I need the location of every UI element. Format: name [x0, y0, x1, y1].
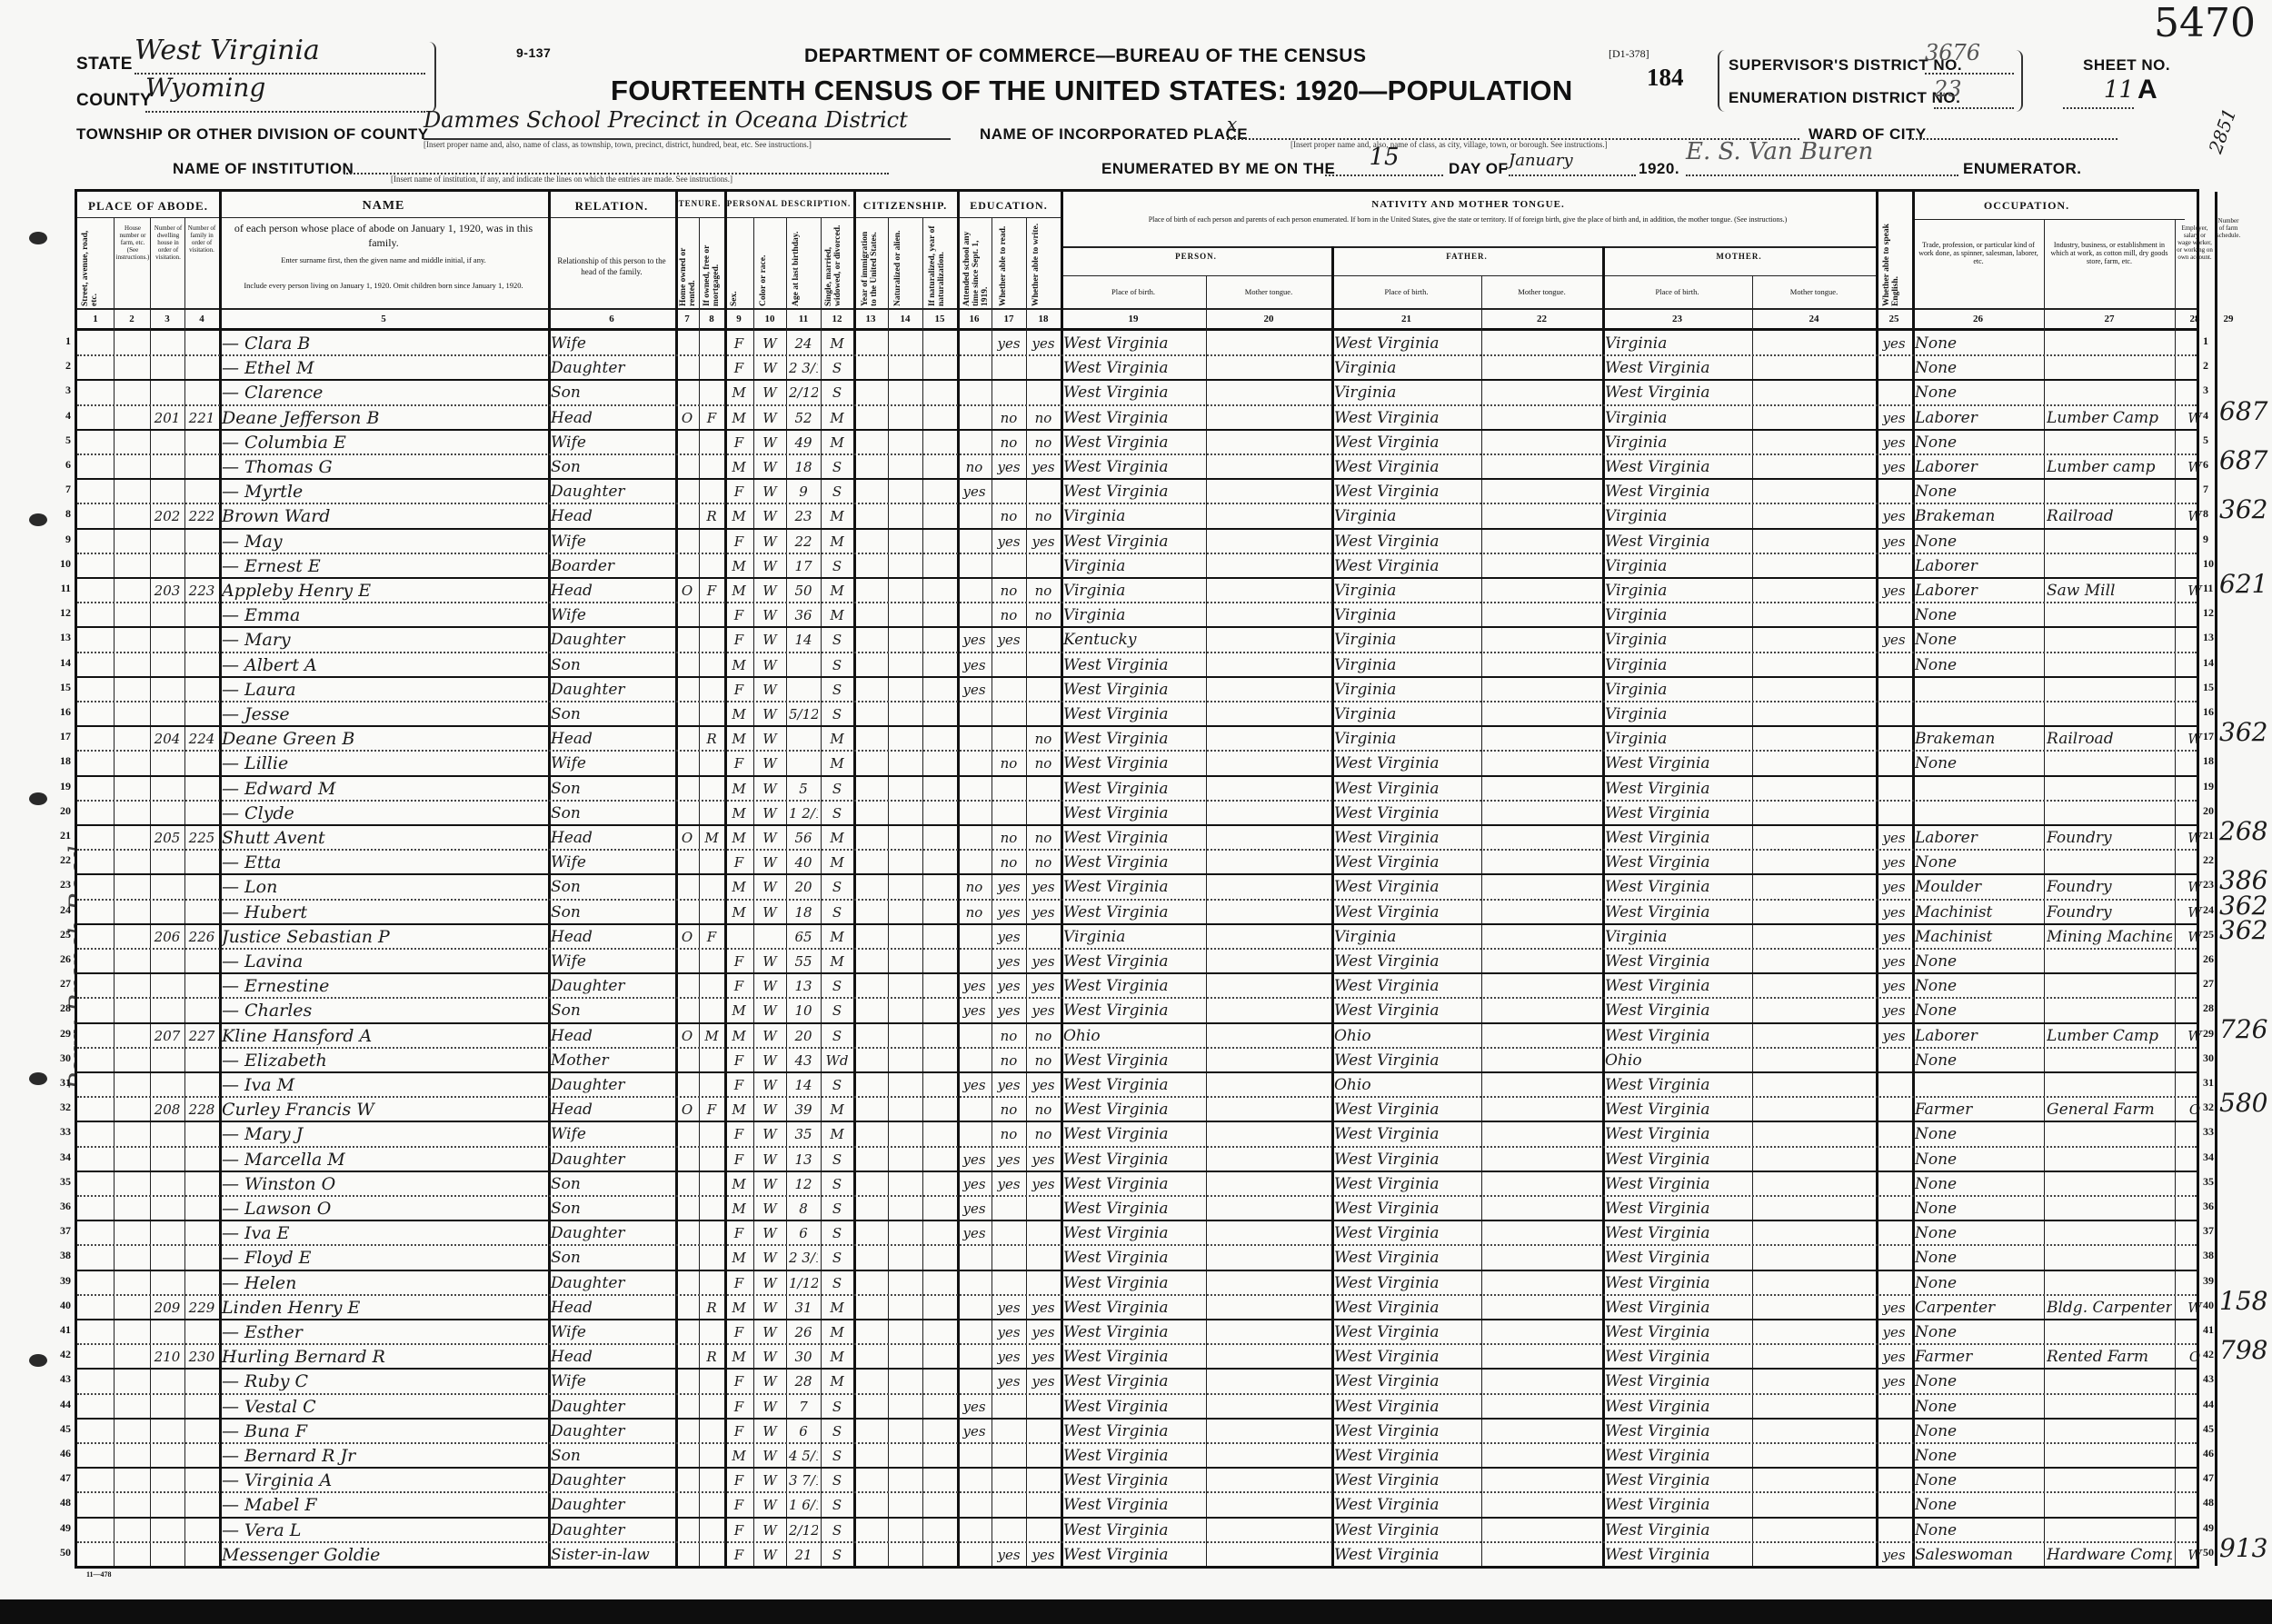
margin-code: 362	[2219, 717, 2267, 747]
cell-school	[960, 1442, 989, 1467]
cell-relation: Daughter	[551, 1491, 673, 1516]
cell-own	[678, 725, 696, 750]
cell-trade: None	[1915, 626, 2041, 651]
column-number: 14	[888, 310, 922, 328]
cell-house	[116, 775, 147, 800]
line-number: 28	[51, 1001, 71, 1015]
cell-sex: M	[727, 379, 751, 404]
cell-name: — Buna F	[222, 1418, 545, 1442]
cell-m-birth: West Virginia	[1605, 1146, 1749, 1171]
cell-birth: West Virginia	[1063, 775, 1203, 800]
cell-m-birth: West Virginia	[1605, 354, 1749, 379]
table-row: — MayWifeFW22MyesyesWest VirginiaWest Vi…	[77, 528, 2197, 554]
cell-house	[116, 1171, 147, 1195]
cell-mort	[702, 1541, 722, 1566]
cell-family	[187, 1418, 216, 1442]
cell-house	[116, 750, 147, 774]
cell-m-birth: West Virginia	[1605, 1491, 1749, 1516]
cell-school	[960, 602, 989, 626]
cell-dwelling: 206	[153, 923, 182, 948]
cell-dwelling	[153, 1195, 182, 1220]
cell-birth: Ohio	[1063, 1022, 1203, 1047]
cell-trade: None	[1915, 1467, 2041, 1491]
cell-write	[1029, 553, 1058, 577]
cell-family	[187, 1442, 216, 1467]
cell-trade: Machinist	[1915, 923, 2041, 948]
cell-m-birth: Virginia	[1605, 330, 1749, 354]
cell-relation: Son	[551, 873, 673, 898]
line-number: 33	[51, 1125, 71, 1139]
cell-relation: Sister-in-law	[551, 1541, 673, 1566]
cell-read: yes	[994, 923, 1023, 948]
margin-code: 158	[2219, 1286, 2267, 1316]
cell-family	[187, 354, 216, 379]
cell-industry	[2047, 1467, 2172, 1491]
cell-race: W	[756, 750, 783, 774]
cell-school: yes	[960, 1220, 989, 1244]
cell-age: 13	[789, 972, 818, 997]
cell-own: O	[678, 1096, 696, 1121]
cell-age: 2/12	[789, 379, 818, 404]
cell-f-birth: West Virginia	[1334, 330, 1479, 354]
section-abode: PLACE OF ABODE.	[77, 199, 219, 214]
line-number-right: 29	[2203, 1027, 2214, 1041]
cell-dwelling: 208	[153, 1096, 182, 1121]
cell-family	[187, 1195, 216, 1220]
cell-birth: West Virginia	[1063, 676, 1203, 701]
cell-trade	[1915, 701, 2041, 725]
line-number: 1	[51, 334, 71, 348]
cell-name: — Winston O	[222, 1171, 545, 1195]
column-number: 21	[1331, 310, 1481, 328]
line-number-right: 14	[2203, 656, 2214, 670]
cell-house	[116, 429, 147, 453]
cell-dwelling	[153, 1220, 182, 1244]
cell-trade: None	[1915, 1220, 2041, 1244]
cell-birth: West Virginia	[1063, 404, 1203, 429]
cell-marital: M	[823, 602, 851, 626]
cell-school: yes	[960, 676, 989, 701]
cell-read: yes	[994, 1171, 1023, 1195]
cell-trade: Machinist	[1915, 899, 2041, 923]
line-number: 15	[51, 681, 71, 694]
line-number-right: 9	[2203, 533, 2208, 546]
cell-industry: Foundry	[2047, 899, 2172, 923]
cell-trade: None	[1915, 354, 2041, 379]
cell-marital: S	[823, 997, 851, 1021]
cell-school	[960, 1244, 989, 1269]
line-number: 36	[51, 1200, 71, 1213]
cell-name: Appleby Henry E	[222, 577, 545, 602]
cell-age: 2 3/12	[789, 354, 818, 379]
column-number: 20	[1206, 310, 1331, 328]
column-number: 12	[821, 310, 853, 328]
cell-family	[187, 899, 216, 923]
table-row: — LonSonMW20SnoyesyesWest VirginiaWest V…	[77, 873, 2197, 900]
cell-m-birth: West Virginia	[1605, 478, 1749, 503]
cell-eng	[1878, 1244, 1909, 1269]
cell-family	[187, 1121, 216, 1145]
cell-sex: M	[727, 1244, 751, 1269]
cell-f-birth: West Virginia	[1334, 1171, 1479, 1195]
cell-m-birth: West Virginia	[1605, 849, 1749, 873]
cell-dwelling	[153, 602, 182, 626]
cell-dwelling	[153, 899, 182, 923]
cell-trade: None	[1915, 1442, 2041, 1467]
margin-code: 362	[2219, 494, 2267, 524]
cell-dwelling	[153, 528, 182, 553]
cell-marital: S	[823, 1171, 851, 1195]
cell-birth: West Virginia	[1063, 1491, 1203, 1516]
cell-house	[116, 1517, 147, 1541]
cell-birth: West Virginia	[1063, 1244, 1203, 1269]
section-citizenship: CITIZENSHIP.	[853, 199, 957, 213]
line-number-right: 27	[2203, 977, 2214, 991]
cell-f-birth: West Virginia	[1334, 429, 1479, 453]
cell-write: no	[1029, 1121, 1058, 1145]
table-row: 203223Appleby Henry EHeadOFMW50MnonoVirg…	[77, 577, 2197, 603]
cell-relation: Son	[551, 652, 673, 676]
cell-trade: Laborer	[1915, 404, 2041, 429]
cell-age: 40	[789, 849, 818, 873]
cell-eng	[1878, 1121, 1909, 1145]
cell-relation: Daughter	[551, 1270, 673, 1294]
cell-write: yes	[1029, 1294, 1058, 1319]
cell-write	[1029, 923, 1058, 948]
cell-trade: None	[1915, 1121, 2041, 1145]
cell-eng	[1878, 478, 1909, 503]
cell-sex: F	[727, 1541, 751, 1566]
cell-industry: Rented Farm	[2047, 1343, 2172, 1368]
cell-family	[187, 1220, 216, 1244]
cell-house	[116, 1442, 147, 1467]
line-number: 17	[51, 730, 71, 743]
cell-marital: M	[823, 1343, 851, 1368]
table-row: — LauraDaughterFWSyesWest VirginiaVirgin…	[77, 676, 2197, 702]
line-number-right: 6	[2203, 458, 2208, 472]
cell-name: Hurling Bernard R	[222, 1343, 545, 1368]
cell-sex: F	[727, 1220, 751, 1244]
cell-eng: yes	[1878, 1294, 1909, 1319]
enumerator-label: ENUMERATOR.	[1963, 160, 2082, 178]
cell-industry	[2047, 652, 2172, 676]
cell-house	[116, 725, 147, 750]
cell-trade: None	[1915, 1368, 2041, 1392]
cell-read: yes	[994, 997, 1023, 1021]
cell-family	[187, 873, 216, 898]
cell-age: 21	[789, 1541, 818, 1566]
cell-name: — Lon	[222, 873, 545, 898]
enumerated-label: ENUMERATED BY ME ON THE	[1101, 160, 1335, 178]
line-number-right: 40	[2203, 1299, 2214, 1312]
cell-sex: F	[727, 948, 751, 972]
cell-name: — Etta	[222, 849, 545, 873]
cell-own	[678, 1343, 696, 1368]
cell-birth: West Virginia	[1063, 1121, 1203, 1145]
line-number-right: 46	[2203, 1447, 2214, 1460]
cell-school	[960, 429, 989, 453]
cell-eng: yes	[1878, 404, 1909, 429]
table-row: — Marcella MDaughterFW13SyesyesyesWest V…	[77, 1146, 2197, 1172]
table-row: — Edward MSonMW5SWest VirginiaWest Virgi…	[77, 775, 2197, 802]
cell-industry: Lumber Camp	[2047, 1022, 2172, 1047]
cell-trade: None	[1915, 602, 2041, 626]
cell-f-birth: West Virginia	[1334, 1195, 1479, 1220]
cell-write: yes	[1029, 899, 1058, 923]
cell-birth: West Virginia	[1063, 1467, 1203, 1491]
cell-eng	[1878, 676, 1909, 701]
cell-race: W	[756, 1467, 783, 1491]
table-row: 201221Deane Jefferson BHeadOFMW52MnonoWe…	[77, 404, 2197, 431]
line-number: 40	[51, 1299, 71, 1312]
cell-read	[994, 1393, 1023, 1418]
cell-own	[678, 1393, 696, 1418]
cell-m-birth: Virginia	[1605, 404, 1749, 429]
col18-desc: Whether able to write.	[1031, 223, 1041, 306]
cell-mort	[702, 626, 722, 651]
line-number-right: 24	[2203, 903, 2214, 917]
cell-race: W	[756, 873, 783, 898]
cell-marital: M	[823, 429, 851, 453]
cell-age: 35	[789, 1121, 818, 1145]
column-number: 7	[675, 310, 699, 328]
cell-f-birth: Virginia	[1334, 626, 1479, 651]
cell-sex: M	[727, 652, 751, 676]
cell-f-birth: West Virginia	[1334, 1418, 1479, 1442]
cell-industry	[2047, 379, 2172, 404]
cell-age: 22	[789, 528, 818, 553]
cell-industry	[2047, 1220, 2172, 1244]
line-number: 2	[51, 359, 71, 373]
cell-relation: Head	[551, 1022, 673, 1047]
cell-school	[960, 1270, 989, 1294]
incorporated-value: x	[1227, 113, 1799, 140]
cell-read: no	[994, 577, 1023, 602]
line-number-right: 2	[2203, 359, 2208, 373]
father-tongue-header: Mother tongue.	[1481, 286, 1602, 297]
cell-race: W	[756, 676, 783, 701]
cell-own	[678, 750, 696, 774]
cell-mort	[702, 775, 722, 800]
line-number: 32	[51, 1101, 71, 1114]
cell-school	[960, 948, 989, 972]
cell-read: yes	[994, 528, 1023, 553]
cell-age: 24	[789, 330, 818, 354]
cell-write: no	[1029, 602, 1058, 626]
state-label: STATE	[76, 55, 133, 75]
stamp-number: 184	[1647, 64, 1684, 92]
cell-eng: yes	[1878, 453, 1909, 478]
cell-family	[187, 1491, 216, 1516]
col28-desc: Employer, salary or wage worker, or work…	[2177, 224, 2213, 261]
cell-name: — Emma	[222, 602, 545, 626]
cell-school: yes	[960, 1146, 989, 1171]
cell-eng	[1878, 1096, 1909, 1121]
table-row: — MaryDaughterFW14SyesyesKentuckyVirgini…	[77, 626, 2197, 653]
cell-age: 20	[789, 873, 818, 898]
line-number: 18	[51, 754, 71, 768]
cell-birth: West Virginia	[1063, 849, 1203, 873]
cell-age: 3 7/12	[789, 1467, 818, 1491]
cell-family: 221	[187, 404, 216, 429]
cell-eng: yes	[1878, 1343, 1909, 1368]
cell-name: — Laura	[222, 676, 545, 701]
cell-dwelling	[153, 1244, 182, 1269]
cell-own	[678, 1195, 696, 1220]
cell-family	[187, 330, 216, 354]
cell-f-birth: Virginia	[1334, 701, 1479, 725]
cell-relation: Mother	[551, 1047, 673, 1071]
cell-sex: M	[727, 1022, 751, 1047]
cell-sex: M	[727, 1442, 751, 1467]
cell-dwelling	[153, 652, 182, 676]
cell-relation: Son	[551, 379, 673, 404]
cell-birth: West Virginia	[1063, 1171, 1203, 1195]
cell-age: 56	[789, 824, 818, 849]
cell-race: W	[756, 626, 783, 651]
col9-desc: Sex.	[730, 223, 739, 306]
cell-trade: None	[1915, 379, 2041, 404]
cell-f-birth: West Virginia	[1334, 1146, 1479, 1171]
cell-birth: West Virginia	[1063, 1442, 1203, 1467]
margin-code: 621	[2219, 569, 2267, 599]
cell-dwelling	[153, 1442, 182, 1467]
cell-school: yes	[960, 1071, 989, 1096]
cell-family	[187, 379, 216, 404]
cell-race: W	[756, 503, 783, 527]
cell-industry	[2047, 602, 2172, 626]
line-number: 23	[51, 878, 71, 892]
cell-dwelling	[153, 1418, 182, 1442]
cell-school	[960, 1047, 989, 1071]
cell-school: yes	[960, 1195, 989, 1220]
cell-mort	[702, 676, 722, 701]
cell-birth: West Virginia	[1063, 1195, 1203, 1220]
cell-own	[678, 354, 696, 379]
line-number: 9	[51, 533, 71, 546]
cell-industry	[2047, 1047, 2172, 1071]
cell-own	[678, 1541, 696, 1566]
cell-race: W	[756, 652, 783, 676]
cell-mort	[702, 1195, 722, 1220]
cell-industry	[2047, 701, 2172, 725]
cell-mort	[702, 1047, 722, 1071]
line-number-right: 32	[2203, 1101, 2214, 1114]
cell-read: no	[994, 849, 1023, 873]
table-row: 210230Hurling Bernard RHeadRMW30MyesyesW…	[77, 1343, 2197, 1370]
cell-race: W	[756, 800, 783, 824]
cell-trade: None	[1915, 1146, 2041, 1171]
line-number: 5	[51, 433, 71, 447]
cell-mort	[702, 997, 722, 1021]
cell-name: — Mary	[222, 626, 545, 651]
cell-school	[960, 553, 989, 577]
table-row: — Iva EDaughterFW6SyesWest VirginiaWest …	[77, 1220, 2197, 1246]
cell-sex: F	[727, 849, 751, 873]
cell-write: yes	[1029, 1071, 1058, 1096]
cell-dwelling	[153, 873, 182, 898]
cell-trade	[1915, 676, 2041, 701]
cell-marital: S	[823, 1467, 851, 1491]
table-row: — Mabel FDaughterFW1 6/12SWest VirginiaW…	[77, 1491, 2197, 1518]
cell-own	[678, 1146, 696, 1171]
line-number: 8	[51, 507, 71, 521]
cell-sex: F	[727, 528, 751, 553]
cell-family	[187, 652, 216, 676]
cell-mort	[702, 1270, 722, 1294]
cell-own	[678, 1220, 696, 1244]
cell-race: W	[756, 972, 783, 997]
cell-m-birth: Ohio	[1605, 1047, 1749, 1071]
cell-dwelling	[153, 1270, 182, 1294]
cell-m-birth: West Virginia	[1605, 1294, 1749, 1319]
cell-sex: F	[727, 330, 751, 354]
cell-age: 30	[789, 1343, 818, 1368]
cell-relation: Head	[551, 404, 673, 429]
cell-relation: Head	[551, 577, 673, 602]
line-number-right: 21	[2203, 829, 2214, 842]
cell-eng	[1878, 1270, 1909, 1294]
cell-m-birth: West Virginia	[1605, 1022, 1749, 1047]
cell-house	[116, 824, 147, 849]
cell-marital: M	[823, 503, 851, 527]
cell-industry	[2047, 948, 2172, 972]
table-row: — LillieWifeFWMnonoWest VirginiaWest Vir…	[77, 750, 2197, 776]
table-row: — Mary JWifeFW35MnonoWest VirginiaWest V…	[77, 1121, 2197, 1147]
column-number: 17	[992, 310, 1026, 328]
cell-family: 224	[187, 725, 216, 750]
cell-read: yes	[994, 1343, 1023, 1368]
cell-marital: S	[823, 1022, 851, 1047]
cell-relation: Daughter	[551, 478, 673, 503]
cell-relation: Son	[551, 1442, 673, 1467]
cell-house	[116, 899, 147, 923]
column-number: 8	[699, 310, 724, 328]
cell-race: W	[756, 1022, 783, 1047]
cell-age: 13	[789, 1146, 818, 1171]
line-number: 13	[51, 631, 71, 644]
line-number-right: 8	[2203, 507, 2208, 521]
cell-m-birth: West Virginia	[1605, 873, 1749, 898]
cell-read: yes	[994, 1071, 1023, 1096]
line-number: 42	[51, 1348, 71, 1361]
cell-age: 18	[789, 453, 818, 478]
cell-dwelling: 202	[153, 503, 182, 527]
cell-school	[960, 750, 989, 774]
cell-age: 26	[789, 1319, 818, 1343]
cell-race: W	[756, 701, 783, 725]
cell-birth: West Virginia	[1063, 1047, 1203, 1071]
cell-read	[994, 775, 1023, 800]
line-number-right: 49	[2203, 1521, 2214, 1535]
cell-mort: F	[702, 404, 722, 429]
cell-marital: S	[823, 478, 851, 503]
cell-own: O	[678, 923, 696, 948]
cell-industry: Hardware Company	[2047, 1541, 2172, 1566]
cell-school: yes	[960, 1418, 989, 1442]
cell-trade: None	[1915, 1244, 2041, 1269]
line-number: 41	[51, 1323, 71, 1337]
cell-dwelling	[153, 1393, 182, 1418]
line-number-right: 47	[2203, 1471, 2214, 1485]
cell-relation: Daughter	[551, 1467, 673, 1491]
cell-sex: F	[727, 1071, 751, 1096]
person-tongue-header: Mother tongue.	[1206, 286, 1331, 297]
table-row: — ClydeSonMW1 2/12SWest VirginiaWest Vir…	[77, 800, 2197, 826]
cell-sex: M	[727, 800, 751, 824]
cell-sex: M	[727, 453, 751, 478]
cell-relation: Head	[551, 725, 673, 750]
